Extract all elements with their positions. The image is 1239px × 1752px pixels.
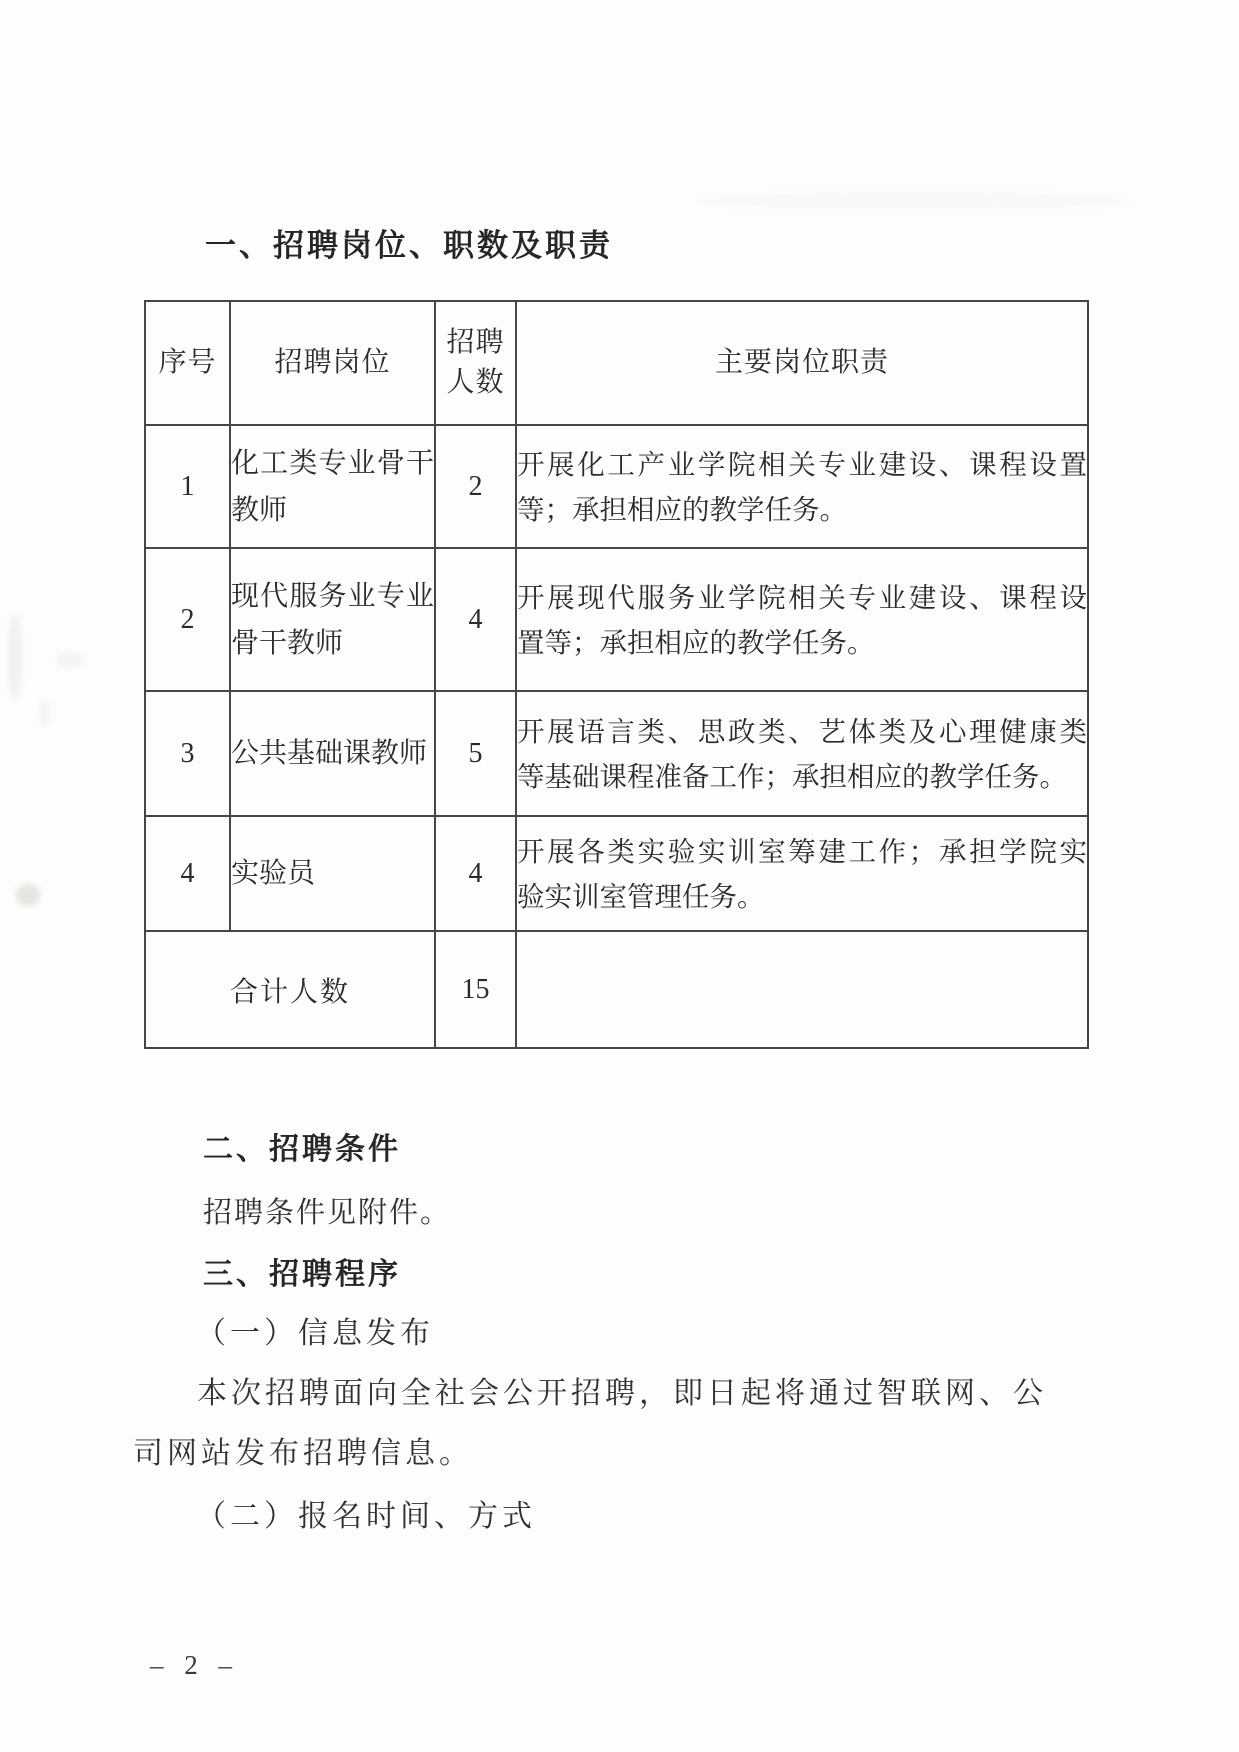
table-row: 1 化工类专业骨干教师 2 开展化工产业学院相关专业建设、课程设置 等；承担相应…: [145, 425, 1088, 548]
cell-position: 现代服务业专业骨干教师: [230, 548, 435, 691]
duty-line: 开展语言类、思政类、艺体类及心理健康类: [517, 709, 1087, 754]
scan-smudge: [40, 700, 50, 726]
cell-duty: 开展化工产业学院相关专业建设、课程设置 等；承担相应的教学任务。: [516, 425, 1088, 548]
duty-line: 开展各类实验实训室筹建工作；承担学院实: [517, 829, 1087, 874]
table-row: 2 现代服务业专业骨干教师 4 开展现代服务业学院相关专业建设、课程设 置等；承…: [145, 548, 1088, 691]
subsection2-heading: （二）报名时间、方式: [196, 1491, 536, 1535]
header-cell-duty: 主要岗位职责: [516, 301, 1088, 425]
header-cell-position: 招聘岗位: [230, 301, 435, 425]
scan-smudge: [8, 615, 22, 700]
table-row: 4 实验员 4 开展各类实验实训室筹建工作；承担学院实 验实训室管理任务。: [145, 816, 1088, 931]
cell-no: 3: [145, 691, 230, 816]
cell-duty: 开展现代服务业学院相关专业建设、课程设 置等；承担相应的教学任务。: [516, 548, 1088, 691]
duty-line: 等基础课程准备工作；承担相应的教学任务。: [517, 754, 1087, 799]
cell-no: 2: [145, 548, 230, 691]
cell-no: 4: [145, 816, 230, 931]
total-label-cell: 合计人数: [145, 931, 435, 1048]
duty-line: 开展化工产业学院相关专业建设、课程设置: [517, 442, 1087, 487]
cell-position: 化工类专业骨干教师: [230, 425, 435, 548]
scan-smudge: [16, 884, 40, 906]
cell-count: 2: [435, 425, 516, 548]
duty-line: 置等；承担相应的教学任务。: [517, 620, 1087, 665]
cell-count: 5: [435, 691, 516, 816]
section2-body: 招聘条件见附件。: [203, 1190, 451, 1231]
table-header-row: 序号 招聘岗位 招聘人数 主要岗位职责: [145, 301, 1088, 425]
page-number: – 2 –: [150, 1650, 239, 1681]
cell-count: 4: [435, 816, 516, 931]
header-cell-no: 序号: [145, 301, 230, 425]
cell-duty: 开展各类实验实训室筹建工作；承担学院实 验实训室管理任务。: [516, 816, 1088, 931]
scan-smudge: [700, 192, 1130, 210]
duty-line: 开展现代服务业学院相关专业建设、课程设: [517, 575, 1087, 620]
table-row: 3 公共基础课教师 5 开展语言类、思政类、艺体类及心理健康类 等基础课程准备工…: [145, 691, 1088, 816]
scanned-document-page: 一、招聘岗位、职数及职责 序号 招聘岗位 招聘人数 主要岗位职责 1 化工类专业…: [0, 0, 1239, 1752]
section1-heading: 一、招聘岗位、职数及职责: [205, 220, 613, 265]
duty-line: 验实训室管理任务。: [517, 874, 1087, 919]
cell-position: 公共基础课教师: [230, 691, 435, 816]
paragraph-line: 司网站发布招聘信息。: [133, 1428, 473, 1472]
subsection1-heading: （一）信息发布: [196, 1308, 434, 1352]
cell-no: 1: [145, 425, 230, 548]
scan-smudge: [56, 652, 84, 668]
table-total-row: 合计人数 15: [145, 931, 1088, 1048]
cell-duty: 开展语言类、思政类、艺体类及心理健康类 等基础课程准备工作；承担相应的教学任务。: [516, 691, 1088, 816]
total-count-cell: 15: [435, 931, 516, 1048]
cell-count: 4: [435, 548, 516, 691]
header-cell-count: 招聘人数: [435, 301, 516, 425]
recruitment-table-wrapper: 序号 招聘岗位 招聘人数 主要岗位职责 1 化工类专业骨干教师 2 开展化工产业…: [144, 300, 1089, 1049]
cell-position: 实验员: [230, 816, 435, 931]
duty-line: 等；承担相应的教学任务。: [517, 487, 1087, 532]
section3-heading: 三、招聘程序: [203, 1249, 401, 1293]
section2-heading: 二、招聘条件: [203, 1124, 401, 1168]
paragraph-line: 本次招聘面向全社会公开招聘，即日起将通过智联网、公: [197, 1368, 1047, 1412]
recruitment-table: 序号 招聘岗位 招聘人数 主要岗位职责 1 化工类专业骨干教师 2 开展化工产业…: [144, 300, 1089, 1049]
total-duty-cell: [516, 931, 1088, 1048]
